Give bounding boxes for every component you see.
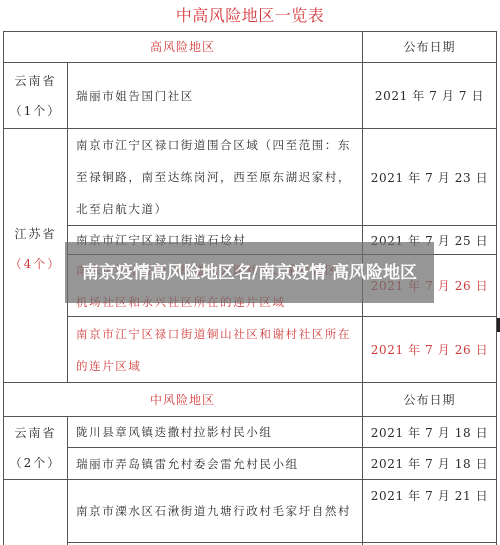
- province-cell: 云南省 （1个）: [4, 63, 67, 128]
- province-count: （2个）: [10, 448, 62, 478]
- area-cell: 瑞丽市弄岛镇雷允村委会雷允村民小组: [68, 448, 362, 479]
- row-divider: [67, 542, 497, 543]
- area-cell: 陇川县章风镇迭撒村拉影村民小组: [68, 417, 362, 447]
- province-name: 江苏省: [14, 219, 56, 249]
- high-risk-section-header: 高风险地区: [3, 31, 362, 62]
- date-cell: 2021 年 7 月 23 日: [363, 129, 496, 225]
- province-count: （4个）: [10, 249, 62, 279]
- date-cell-highlighted: 2021 年 7 月 26 日: [363, 317, 496, 382]
- area-cell: 瑞丽市姐告国门社区: [68, 63, 362, 128]
- province-cell: 江苏省 （4个）: [4, 217, 67, 281]
- date-column-header: 公布日期: [363, 31, 496, 62]
- document-title: 中高风险地区一览表: [0, 4, 500, 28]
- province-cell: 云南省 （2个）: [4, 417, 67, 479]
- province-name: 云南省: [14, 418, 56, 448]
- date-cell: 2021 年 7 月 18 日: [363, 417, 496, 447]
- area-cell: 南京市江宁区禄口街道围合区域（四至范围：东至禄铜路，南至达练岗河，西至原东湖迟家…: [68, 129, 362, 225]
- date-cell: 2021 年 7 月 7 日: [363, 63, 496, 128]
- date-cell: 2021 年 7 月 18 日: [363, 448, 496, 479]
- medium-risk-section-header: 中风险地区: [3, 383, 362, 416]
- date-cell: 2021 年 7 月 21 日: [363, 480, 496, 510]
- area-cell-highlighted: 南京市江宁区禄口街道铜山社区和谢村社区所在的连片区域: [68, 317, 362, 382]
- date-column-header: 公布日期: [363, 383, 496, 416]
- caption-overlay: 南京疫情高风险地区名/南京疫情 高风险地区: [65, 242, 434, 303]
- province-name: 云南省: [14, 66, 56, 96]
- province-count: （1个）: [10, 96, 62, 126]
- area-cell: 南京市溧水区石湫街道九塘行政村毛家圩自然村: [68, 480, 362, 542]
- table-border-right: [496, 31, 497, 545]
